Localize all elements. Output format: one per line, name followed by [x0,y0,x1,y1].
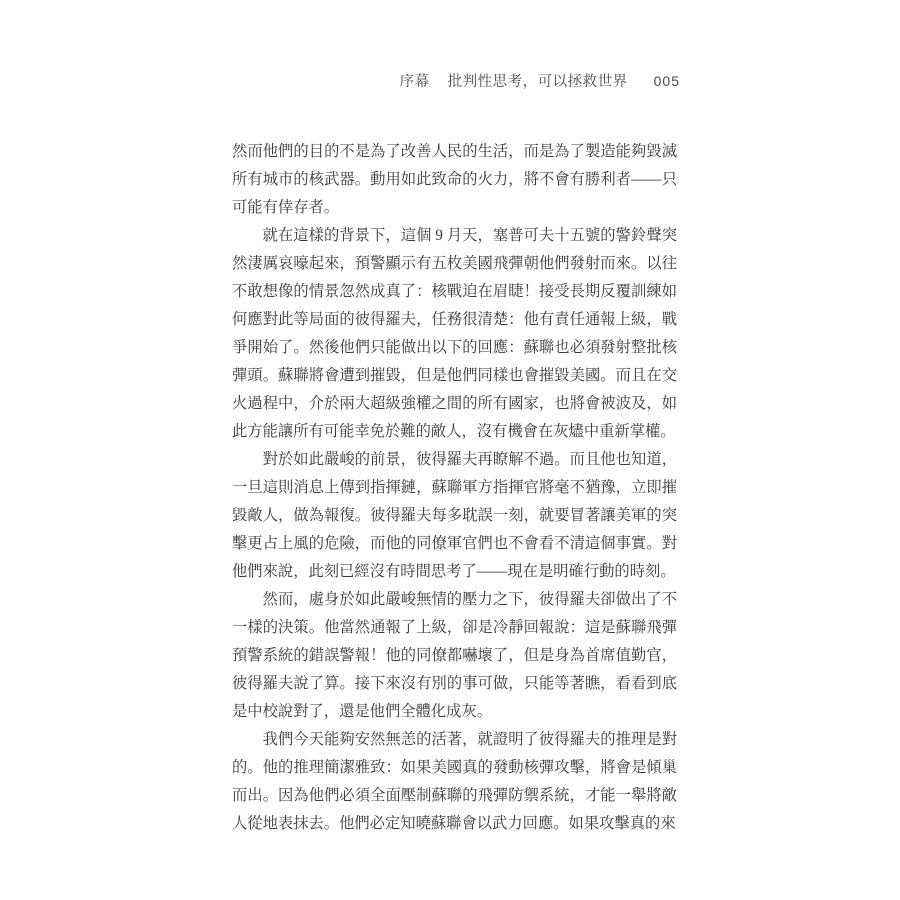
chapter-title: 批判性思考，可以拯救世界 [448,70,628,91]
body-paragraph: 然而，處身於如此嚴峻無情的壓力之下，彼得羅夫卻做出了不一樣的決策。他當然通報了上… [232,586,677,726]
section-title: 序幕 [400,70,430,91]
body-paragraph: 就在這樣的背景下，這個 9 月天，塞普可夫十五號的警鈴聲突然淒厲哀嚎起來，預警顯… [232,222,677,446]
page-number: 005 [654,73,680,89]
body-paragraph: 對於如此嚴峻的前景，彼得羅夫再瞭解不過。而且他也知道，一旦這則消息上傳到指揮鏈，… [232,446,677,586]
body-paragraph: 我們今天能夠安然無恙的活著，就證明了彼得羅夫的推理是對的。他的推理簡潔雅致：如果… [232,726,677,838]
running-header: 序幕 批判性思考，可以拯救世界 005 [400,70,680,91]
body-paragraph: 然而他們的目的不是為了改善人民的生活，而是為了製造能夠毀滅所有城市的核武器。動用… [232,138,677,222]
page-body: 然而他們的目的不是為了改善人民的生活，而是為了製造能夠毀滅所有城市的核武器。動用… [232,138,677,838]
book-page: 序幕 批判性思考，可以拯救世界 005 然而他們的目的不是為了改善人民的生活，而… [0,0,900,900]
